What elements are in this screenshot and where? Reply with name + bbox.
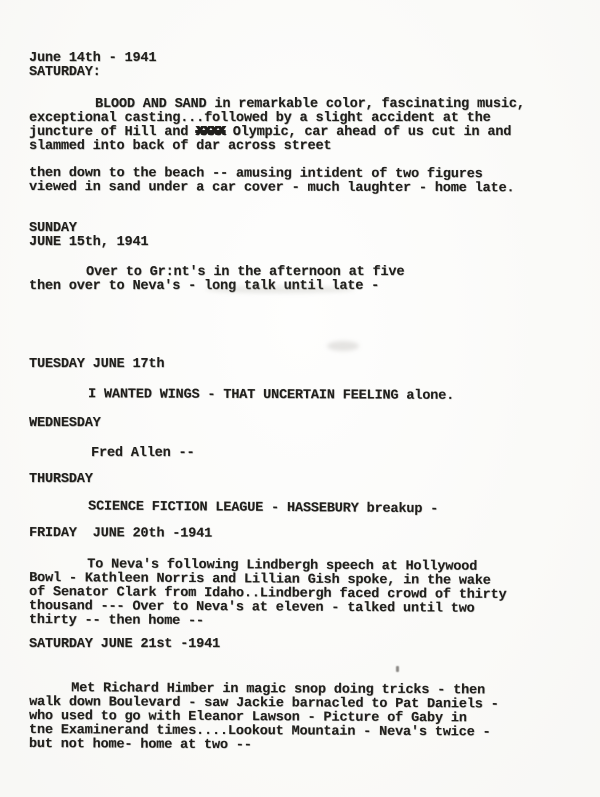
diary-line: thirty -- then home --: [29, 614, 582, 631]
entry-june-14-heading: June 14th - 1941 SATURDAY:: [29, 52, 582, 80]
entry-june-14-paragraph-2: then down to the beach -- amusing intide…: [29, 167, 582, 196]
diary-line: viewed in sand under a car cover - much …: [29, 181, 582, 196]
diary-line: SCIENCE FICTION LEAGUE - HASSEBURY break…: [29, 500, 582, 518]
scan-smudge: [327, 341, 359, 351]
diary-line: I WANTED WINGS - THAT UNCERTAIN FEELING …: [29, 388, 582, 404]
entry-june-21-paragraph: Met Richard Himber in magic snop doing t…: [29, 682, 582, 755]
line-segment: Olympic, car ahead of us cut in and: [225, 125, 511, 140]
diary-line: Over to Gr:nt's in the afternoon at five: [29, 266, 582, 280]
line-segment: juncture of Hill and: [29, 125, 196, 140]
entry-june-17-paragraph: I WANTED WINGS - THAT UNCERTAIN FEELING …: [29, 388, 582, 404]
entry-june-21-heading: SATURDAY JUNE 21st -1941: [29, 638, 582, 652]
diary-line: BLOOD AND SAND in remarkable color, fasc…: [29, 98, 582, 112]
diary-page: June 14th - 1941 SATURDAY: BLOOD AND SAN…: [0, 0, 600, 797]
scan-smudge: [205, 286, 355, 293]
entry-date: June 14th - 1941: [29, 52, 582, 66]
entry-june-20-heading: FRIDAY JUNE 20th -1941: [29, 527, 582, 543]
scan-speck: [396, 666, 399, 672]
entry-june-20-paragraph: To Neva's following Lindbergh speech at …: [29, 558, 582, 631]
entry-date: FRIDAY JUNE 20th -1941: [29, 527, 582, 543]
entry-day: WEDNESDAY: [29, 417, 582, 431]
diary-line: exceptional casting...followed by a slig…: [29, 112, 582, 126]
entry-date: SATURDAY JUNE 21st -1941: [29, 638, 582, 652]
diary-line: but not home- home at two --: [29, 738, 582, 755]
entry-wednesday-heading: WEDNESDAY: [29, 417, 582, 431]
entry-thursday-heading: THURSDAY: [29, 473, 582, 487]
diary-line: juncture of Hill and XXXX Olympic, car a…: [29, 126, 582, 140]
entry-day: SATURDAY:: [29, 66, 582, 80]
entry-june-17-heading: TUESDAY JUNE 17th: [29, 358, 582, 372]
diary-line: slammed into back of dar across street: [29, 140, 582, 154]
entry-june-14-paragraph-1: BLOOD AND SAND in remarkable color, fasc…: [29, 98, 582, 154]
entry-day: SUNDAY: [29, 222, 582, 236]
entry-thursday-paragraph: SCIENCE FICTION LEAGUE - HASSEBURY break…: [29, 500, 582, 518]
entry-date: TUESDAY JUNE 17th: [29, 358, 582, 372]
entry-date: JUNE 15th, 1941: [29, 236, 582, 250]
entry-wednesday-paragraph: Fred Allen --: [29, 447, 582, 461]
diary-line: Fred Allen --: [29, 447, 582, 461]
entry-june-15-heading: SUNDAY JUNE 15th, 1941: [29, 222, 582, 250]
entry-day: THURSDAY: [29, 473, 582, 487]
struck-out-word: XXXX: [196, 125, 225, 140]
